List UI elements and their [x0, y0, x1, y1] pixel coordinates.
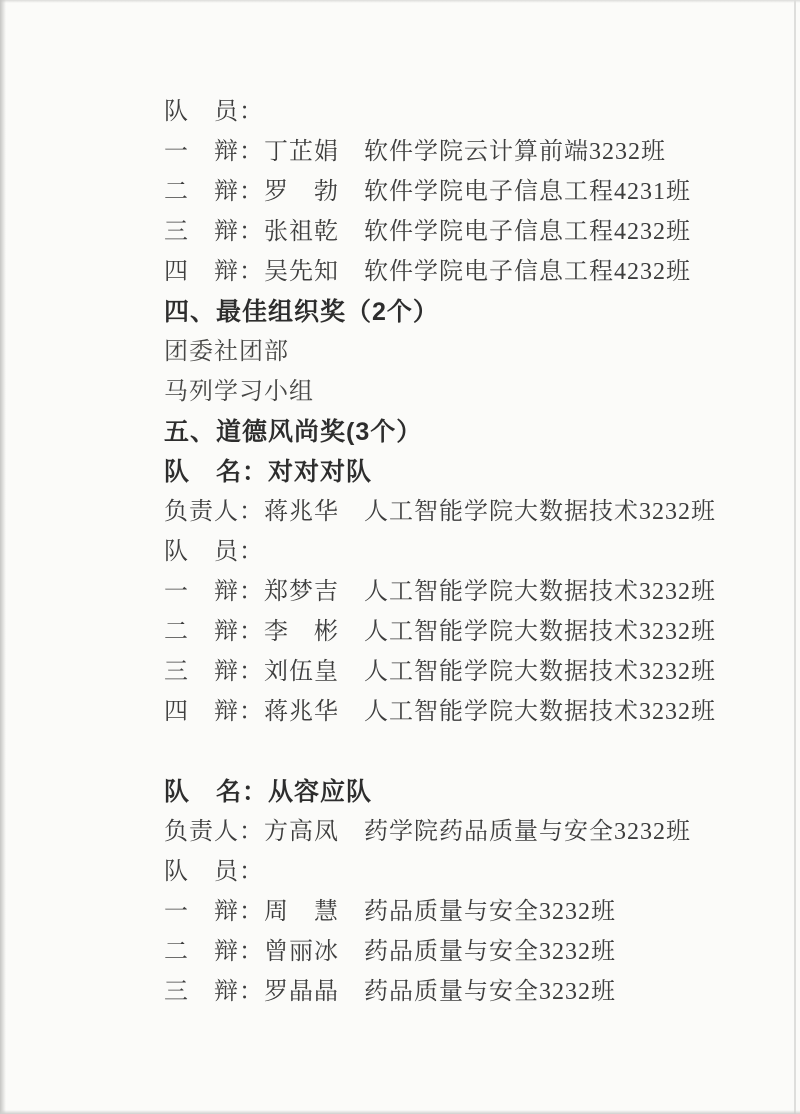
member-line: 四 辩：蒋兆华 人工智能学院大数据技术3232班 [164, 692, 764, 732]
document-page: 队 员： 一 辩：丁芷娟 软件学院云计算前端3232班 二 辩：罗 勃 软件学院… [0, 0, 800, 1114]
winner-line: 马列学习小组 [164, 372, 764, 412]
document-content: 队 员： 一 辩：丁芷娟 软件学院云计算前端3232班 二 辩：罗 勃 软件学院… [164, 92, 764, 1012]
member-line: 二 辩：曾丽冰 药品质量与安全3232班 [164, 932, 764, 972]
team-leader-line: 负责人：方高凤 药学院药品质量与安全3232班 [164, 812, 764, 852]
member-line: 三 辩：罗晶晶 药品质量与安全3232班 [164, 972, 764, 1012]
member-line: 四 辩：吴先知 软件学院电子信息工程4232班 [164, 252, 764, 292]
members-label: 队 员： [164, 852, 764, 892]
scan-edge-right [794, 0, 796, 1114]
team-name-line: 队 名：从容应队 [164, 772, 764, 812]
member-line: 一 辩：丁芷娟 软件学院云计算前端3232班 [164, 132, 764, 172]
award-section-heading: 五、道德风尚奖(3个） [164, 412, 764, 452]
member-line: 二 辩：罗 勃 软件学院电子信息工程4231班 [164, 172, 764, 212]
winner-line: 团委社团部 [164, 332, 764, 372]
scan-edge-left [0, 0, 6, 1114]
team-name-line: 队 名：对对对队 [164, 452, 764, 492]
scan-edge-bottom [0, 1110, 800, 1114]
member-line: 一 辩：周 慧 药品质量与安全3232班 [164, 892, 764, 932]
members-label: 队 员： [164, 92, 764, 132]
member-line: 二 辩：李 彬 人工智能学院大数据技术3232班 [164, 612, 764, 652]
member-line: 一 辩：郑梦吉 人工智能学院大数据技术3232班 [164, 572, 764, 612]
members-label: 队 员： [164, 532, 764, 572]
award-section-heading: 四、最佳组织奖（2个） [164, 292, 764, 332]
team-leader-line: 负责人：蒋兆华 人工智能学院大数据技术3232班 [164, 492, 764, 532]
member-line: 三 辩：张祖乾 软件学院电子信息工程4232班 [164, 212, 764, 252]
member-line: 三 辩：刘伍皇 人工智能学院大数据技术3232班 [164, 652, 764, 692]
scan-edge-top [0, 0, 800, 3]
blank-line [164, 732, 764, 772]
